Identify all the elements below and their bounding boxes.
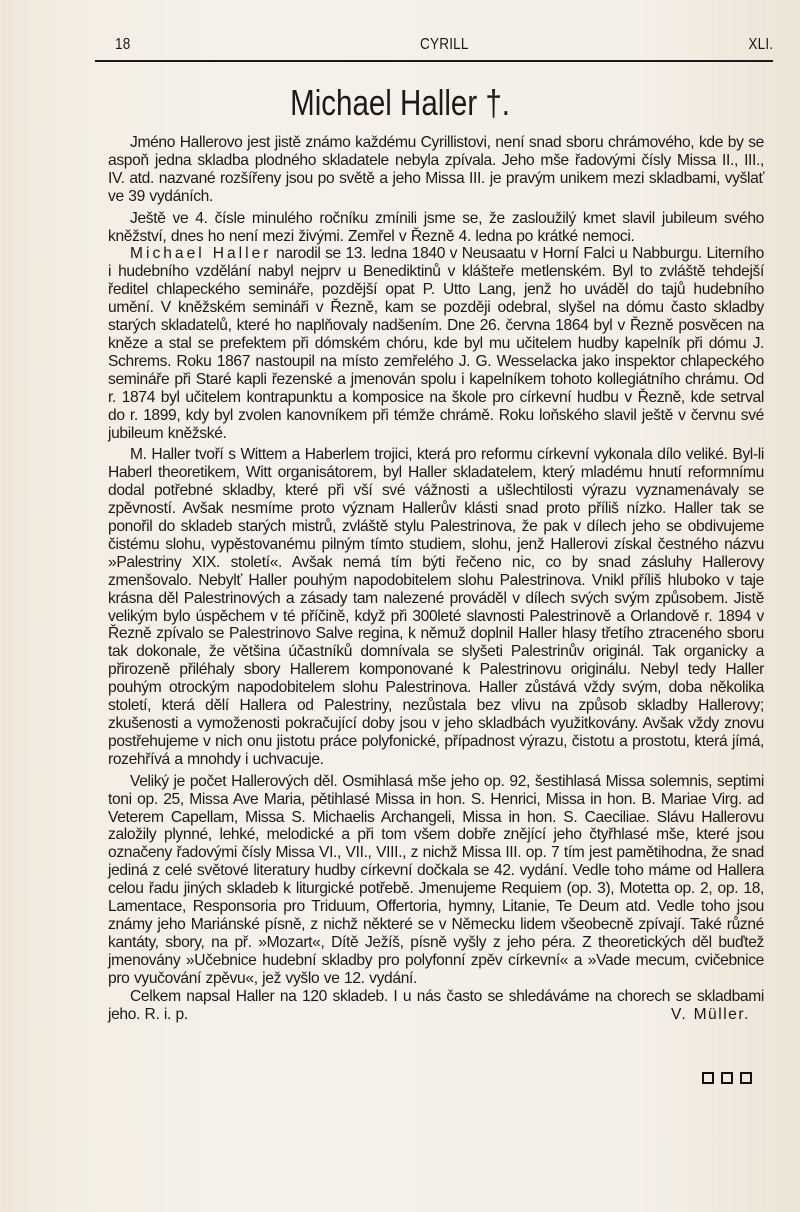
paragraph: Veliký je počet Hallerových děl. Osmihla… (108, 773, 764, 988)
journal-title: CYRILL (420, 36, 469, 54)
paragraph: M. Haller tvoří s Wittem a Haberlem troj… (108, 446, 764, 768)
paragraph: Jméno Hallerovo jest jistě známo každému… (108, 134, 764, 206)
square-icon (721, 1072, 733, 1084)
author-signature: V. Müller. (649, 1006, 764, 1024)
running-header: 18 CYRILL XLI. (95, 32, 773, 62)
volume-number: XLI. (748, 36, 773, 54)
square-icon (702, 1072, 714, 1084)
paragraph: Ještě ve 4. čísle minulého ročníku zmíni… (108, 210, 764, 246)
square-icon (740, 1072, 752, 1084)
bio-name: Michael Haller (130, 245, 271, 262)
paragraph-bio: Michael Haller narodil se 13. ledna 1840… (108, 245, 764, 442)
article-title-wrap: Michael Haller †. (0, 82, 800, 124)
closing-paragraph: Celkem napsal Haller na 120 skladeb. I u… (108, 988, 764, 1024)
three-squares-icon (702, 1072, 752, 1084)
article-body: Jméno Hallerovo jest jistě známo každému… (108, 134, 764, 1023)
page-number: 18 (115, 36, 130, 54)
article-title: Michael Haller †. (290, 82, 510, 124)
bio-text: narodil se 13. ledna 1840 v Neusaatu v H… (108, 245, 764, 441)
